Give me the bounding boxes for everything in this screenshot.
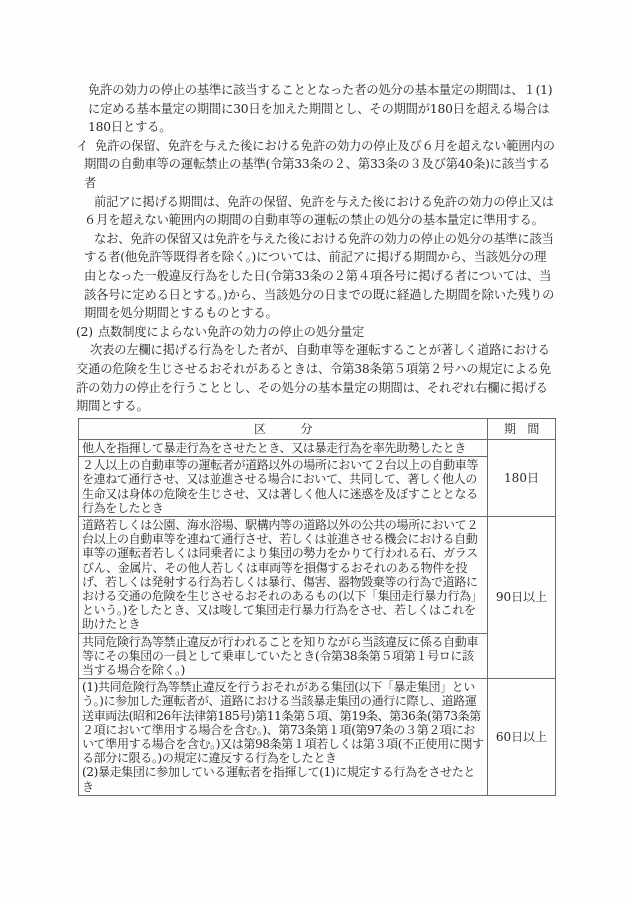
- category-cell: 道路若しくは公園、海水浴場、駅構内等の道路以外の公共の場所において２台以上の自動…: [79, 516, 488, 633]
- section-2-heading-text: 点数制度によらない免許の効力の停止の処分量定: [98, 325, 364, 339]
- period-cell-180: 180日: [488, 439, 556, 516]
- table-header-row: 区 分 期 間: [79, 418, 556, 439]
- section-2-heading: (2)点数制度によらない免許の効力の停止の処分量定: [76, 323, 555, 342]
- document-content: 免許の効力の停止の基準に該当することとなった者の処分の基本量定の期間は、１(1)…: [76, 81, 555, 796]
- period-cell-90: 90日以上: [488, 516, 556, 678]
- table-row: ２人以上の自動車等の運転者が道路以外の場所において２台以上の自動車等を連ねて通行…: [79, 457, 556, 517]
- table-row: (1)共同危険行為等禁止違反を行うおそれがある集団(以下「暴走集団」という。)に…: [79, 679, 556, 796]
- column-header-period: 期 間: [488, 418, 556, 439]
- section-2-marker: (2): [76, 323, 98, 342]
- penalty-table: 区 分 期 間 他人を指揮して暴走行為をさせたとき、又は暴走行為を率先助勢したと…: [78, 418, 556, 796]
- item-i-paragraph-2: なお、免許の保留又は免許を与えた後における免許の効力の停止の処分の基準に該当する…: [76, 230, 555, 323]
- item-i-paragraph-1: 前記アに掲げる期間は、免許の保留、免許を与えた後における免許の効力の停止又は６月…: [76, 193, 555, 230]
- item-i-heading-text: 免許の保留、免許を与えた後における免許の効力の停止及び６月を超えない範囲内の期間…: [84, 139, 555, 190]
- item-i-marker: イ: [76, 137, 95, 156]
- column-header-category: 区 分: [79, 418, 488, 439]
- category-cell-item-2: (2)暴走集団に参加している運転者を指揮して(1)に規定する行為をさせたとき: [82, 765, 484, 793]
- table-row: 道路若しくは公園、海水浴場、駅構内等の道路以外の公共の場所において２台以上の自動…: [79, 516, 556, 633]
- document-page: 免許の効力の停止の基準に該当することとなった者の処分の基本量定の期間は、１(1)…: [0, 0, 630, 903]
- table-row: 共同危険行為等禁止違反が行われることを知りながら当該違反に係る自動車等にその集団…: [79, 633, 556, 679]
- category-cell: 共同危険行為等禁止違反が行われることを知りながら当該違反に係る自動車等にその集団…: [79, 633, 488, 679]
- section-2-paragraph: 次表の左欄に掲げる行為をした者が、自動車等を運転することが著しく道路における交通…: [76, 341, 555, 415]
- category-cell: ２人以上の自動車等の運転者が道路以外の場所において２台以上の自動車等を連ねて通行…: [79, 457, 488, 517]
- item-i-heading: イ免許の保留、免許を与えた後における免許の効力の停止及び６月を超えない範囲内の期…: [76, 137, 555, 193]
- category-cell: (1)共同危険行為等禁止違反を行うおそれがある集団(以下「暴走集団」という。)に…: [79, 679, 488, 796]
- intro-paragraph: 免許の効力の停止の基準に該当することとなった者の処分の基本量定の期間は、１(1)…: [76, 81, 555, 137]
- table-row: 他人を指揮して暴走行為をさせたとき、又は暴走行為を率先助勢したとき 180日: [79, 439, 556, 456]
- category-cell: 他人を指揮して暴走行為をさせたとき、又は暴走行為を率先助勢したとき: [79, 439, 488, 456]
- category-cell-item-1: (1)共同危険行為等禁止違反を行うおそれがある集団(以下「暴走集団」という。)に…: [82, 680, 484, 765]
- period-cell-60: 60日以上: [488, 679, 556, 796]
